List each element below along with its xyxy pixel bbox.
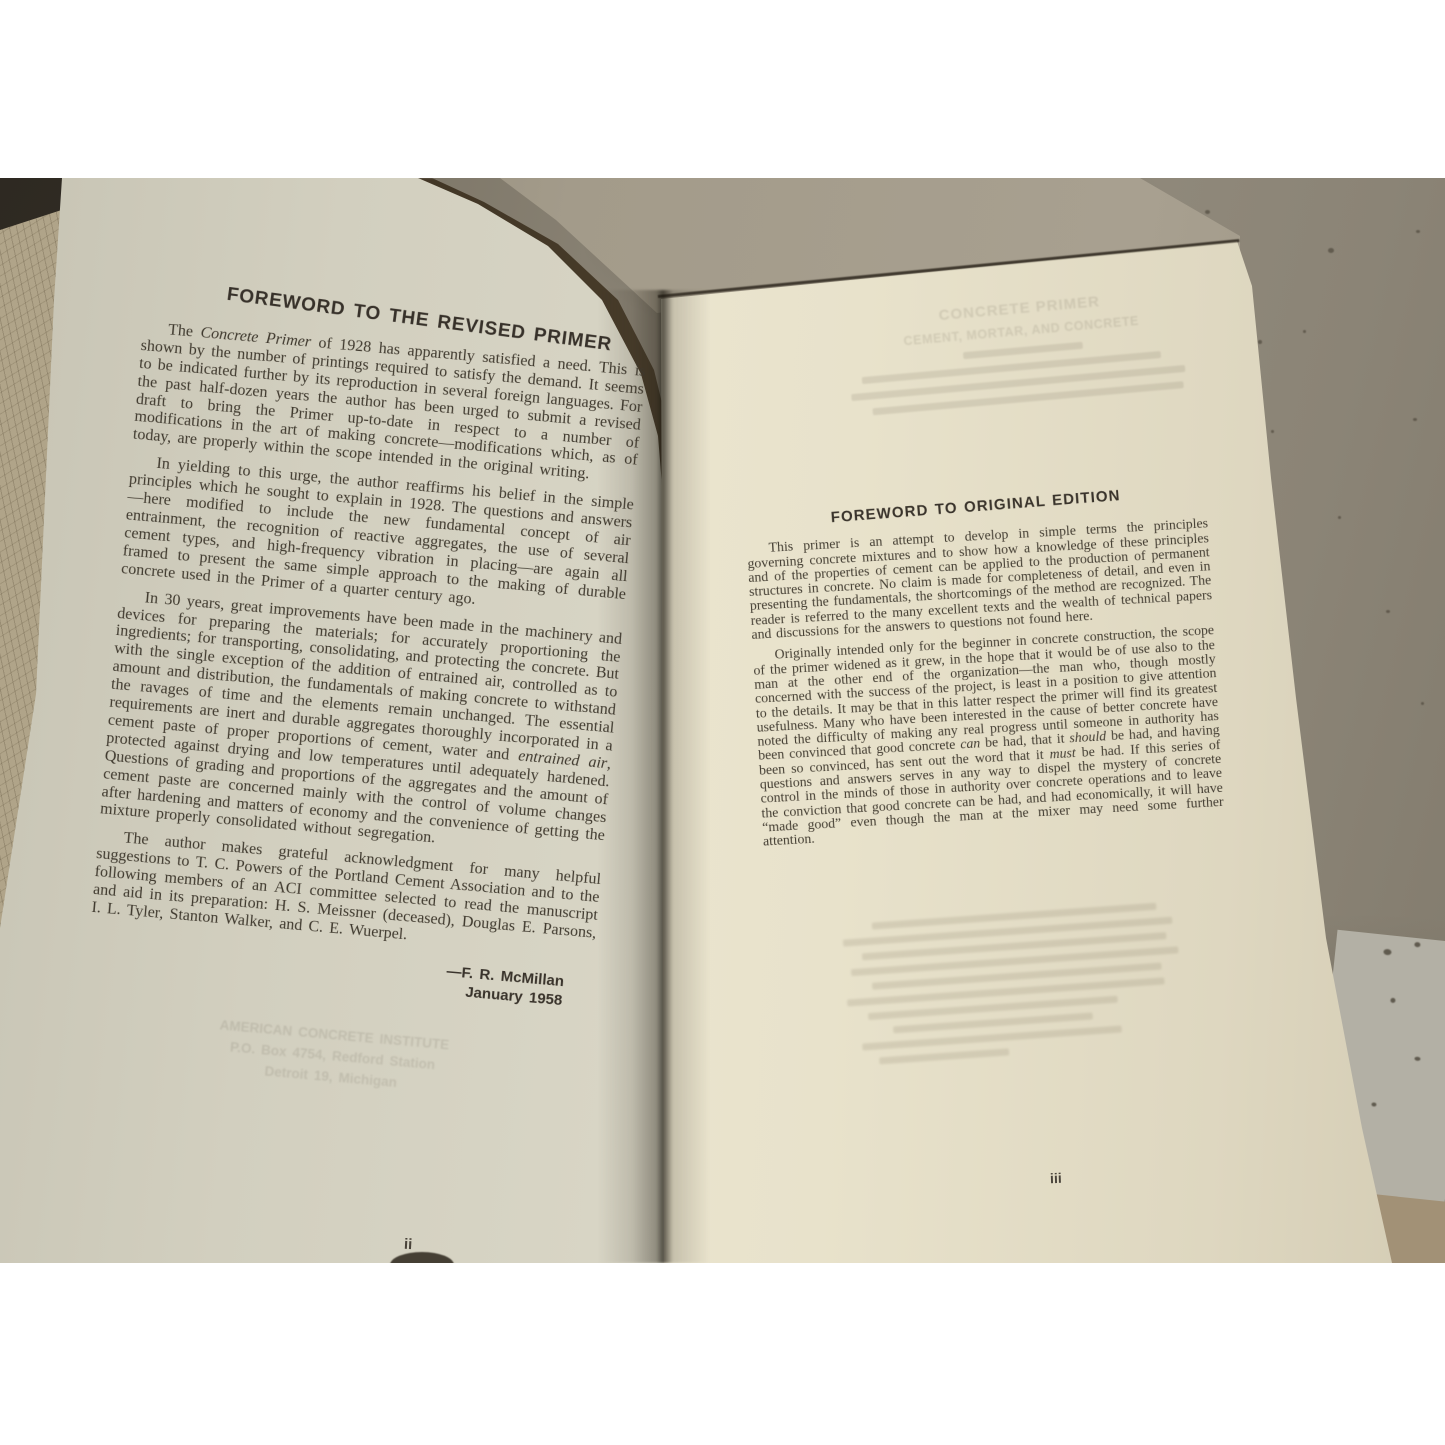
speck: [1421, 702, 1424, 705]
page-number-iii: iii: [1050, 1170, 1062, 1186]
speck: [1338, 516, 1341, 519]
speck: [1414, 942, 1420, 948]
speck: [1416, 230, 1420, 233]
left-page-text: FOREWORD TO THE REVISED PRIMER The Concr…: [78, 281, 650, 1109]
speck: [1258, 340, 1262, 344]
speck: [1205, 210, 1210, 214]
bleedthrough-block-lower: [841, 892, 1211, 1067]
speck: [1413, 418, 1417, 421]
speck: [1383, 949, 1392, 956]
bleedthrough-line: [963, 342, 1083, 359]
book-photo-canvas: FOREWORD TO THE REVISED PRIMER The Concr…: [0, 0, 1445, 1445]
speck: [1390, 998, 1395, 1003]
speck: [1414, 1056, 1420, 1061]
speck: [1371, 1102, 1376, 1107]
paragraph: In 30 years, great improvements have bee…: [99, 587, 622, 863]
speck: [1386, 610, 1390, 613]
photo: FOREWORD TO THE REVISED PRIMER The Concr…: [0, 178, 1445, 1263]
speck: [1271, 430, 1274, 433]
speck: [1303, 330, 1306, 333]
right-page-text: FOREWORD TO ORIGINAL EDITION This primer…: [745, 487, 1225, 856]
paragraph: This primer is an attempt to develop in …: [746, 517, 1213, 643]
speck: [1328, 248, 1334, 253]
page-number-ii: ii: [404, 1236, 413, 1253]
paragraph: Originally intended only for the beginne…: [752, 623, 1224, 849]
